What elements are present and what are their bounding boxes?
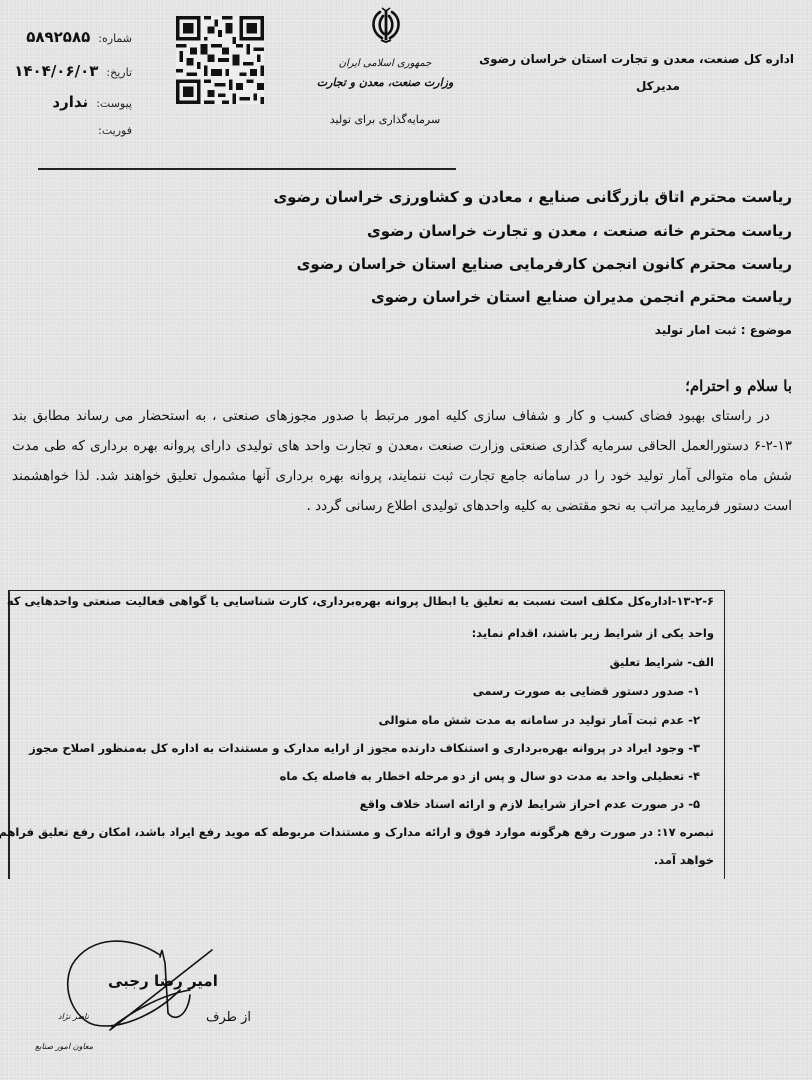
quote-line-1: ۱۳-۲-۶-اداره‌کل مکلف است نسبت به تعلیق ی… [7,594,714,608]
header-divider-line [38,168,456,170]
handwritten-title-1: ناصر نژاد [58,1012,89,1021]
recipient-3: ریاست محترم کانون انجمن کارفرمایی صنایع … [297,255,792,273]
quote-line-9: تبصره ۱۷: در صورت رفع هرگونه موارد فوق و… [0,825,714,839]
letter-body: در راستای بهبود فضای کسب و کار و شفاف سا… [12,401,792,521]
ministry-line2: وزارت صنعت، معدن و تجارت [300,76,470,89]
letter-priority-label: فوریت: [98,124,132,137]
letter-number-value: ۵۸۹۲۵۸۵ [26,28,90,46]
quote-line-6: ۳- وجود ایراد در پروانه بهره‌برداری و اس… [29,741,700,755]
letter-number: شماره: ۵۸۹۲۵۸۵ [26,28,132,46]
quote-line-10: خواهد آمد. [654,853,714,867]
iran-emblem-icon [368,4,404,44]
letter-date-label: تاریخ: [106,66,132,79]
handwritten-title-2: معاون امور صنایع [35,1042,93,1051]
recipient-2: ریاست محترم خانه صنعت ، معدن و تجارت خرا… [367,222,792,240]
letter-date: تاریخ: ۱۴۰۴/۰۶/۰۳ [14,62,132,80]
letter-priority: فوریت: [90,124,132,137]
letter-attachment-value: ندارد [52,93,88,111]
qr-code-icon [176,16,264,104]
signatory-name: امیر رضا رجبی [108,972,218,990]
quote-line-4: ۱- صدور دستور قضایی به صورت رسمی [473,684,700,698]
quote-line-8: ۵- در صورت عدم احراز شرایط لازم و ارائه … [360,797,700,811]
ministry-slogan: سرمایه‌گذاری برای تولید [300,113,470,126]
letter-date-value: ۱۴۰۴/۰۶/۰۳ [14,62,98,80]
quote-line-2: واحد یکی از شرایط زیر باشند، اقدام نماید… [472,626,714,640]
quote-line-5: ۲- عدم ثبت آمار تولید در سامانه به مدت ش… [379,713,700,727]
recipient-4: ریاست محترم انجمن مدیران صنایع استان خرا… [371,288,792,306]
on-behalf-label: از طرف [206,1010,251,1025]
greeting: با سلام و احترام؛ [685,377,792,395]
ministry-line1: جمهوری اسلامی ایران [300,58,470,69]
recipient-1: ریاست محترم اتاق بازرگانی صنایع ، معادن … [273,188,792,206]
letter-attachment: پیوست: ندارد [52,93,132,111]
quote-line-7: ۴- تعطیلی واحد به مدت دو سال و پس از دو … [280,769,700,783]
quote-line-3: الف- شرایط تعلیق [610,655,714,669]
letter-attachment-label: پیوست: [96,97,132,110]
letter-body-paragraph: در راستای بهبود فضای کسب و کار و شفاف سا… [12,401,792,521]
letter-subject: موضوع : ثبت امار تولید [655,323,792,337]
handwritten-signature-icon [50,935,220,1055]
organization-name: اداره کل صنعت، معدن و تجارت استان خراسان… [479,52,794,66]
regulation-quote-box: ۱۳-۲-۶-اداره‌کل مکلف است نسبت به تعلیق ی… [8,590,725,879]
letter-number-label: شماره: [98,32,132,45]
organization-role: مدیرکل [636,79,680,93]
